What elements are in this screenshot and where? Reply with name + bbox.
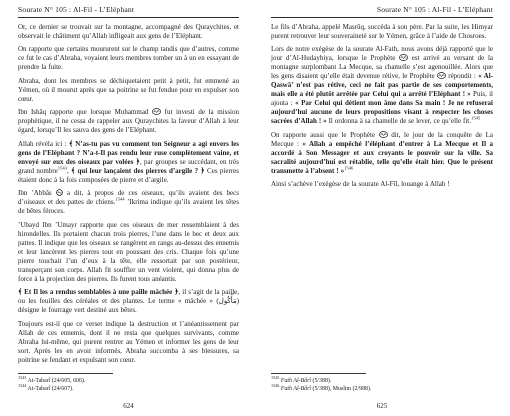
footnote: 1545 Fath Al-Bârî (5/388). [271, 377, 493, 385]
saw-honorific-icon [379, 131, 388, 139]
footnote-ref: 1545 [471, 116, 480, 121]
paragraph: Allah révéla ici : ﴾ N’as-tu pas vu comm… [18, 140, 239, 185]
saw-honorific-icon [437, 72, 446, 80]
text-run: Or, ce dernier se trouvait sur la montag… [18, 23, 239, 40]
paragraph: On rapporte aussi que le Prophète dit, l… [271, 131, 493, 176]
paragraph: Or, ce dernier se trouvait sur la montag… [18, 23, 239, 41]
paragraph: Le fils d’Abraha, appelé Masrûq, succéda… [271, 23, 493, 41]
saw-honorific-icon [152, 108, 161, 116]
paragraph: ﴾ Et Il les a rendus semblables à une pa… [18, 288, 239, 315]
running-title: Sourate N° 105 : Al-Fil - L’Eléphant [377, 5, 493, 14]
footnote-text: (5/388). [311, 378, 331, 384]
book-spread: Sourate N° 105 : Al-Fil - L’Eléphant Or,… [0, 0, 510, 416]
page-body: Le fils d’Abraha, appelé Masrûq, succéda… [271, 23, 493, 190]
paragraph: Abraha, dont les membres se déchiquetaie… [18, 77, 239, 104]
paragraph: Ainsi s’achève l’exégèse de la sourate A… [271, 180, 493, 189]
text-run: On rapporte aussi que le Prophète [271, 131, 379, 139]
footnote-text: At-Tabarî (24/605, 606). [28, 378, 86, 384]
footnote-text: Fath Al-Bârî [281, 386, 311, 392]
footnote-ref: 1543 [58, 165, 67, 170]
text-run: Toujours est-il que ce verset indique la… [18, 320, 239, 364]
footnotes: 1543 At-Tabarî (24/605, 606).1544 At-Tab… [18, 377, 239, 393]
book-page-right: Sourate N° 105 : Al-Fil - L’Eléphant Le … [271, 0, 493, 416]
text-run: répondit : [446, 72, 478, 80]
paragraph: Ibn ’Abbâs a dit, à propos de ces oiseau… [18, 189, 239, 216]
text-run: Le fils d’Abraha, appelé Masrûq, succéda… [271, 23, 493, 40]
text-run: Allah révéla ici : [18, 140, 69, 148]
page-footer: 1545 Fath Al-Bârî (5/388).1546 Fath Al-B… [271, 373, 493, 410]
footnote-separator [271, 373, 366, 374]
text-run: ﴾ qui leur lançaient des pierres d’argil… [71, 167, 205, 175]
footnote-number: 1545 [271, 375, 279, 380]
running-title: Sourate N° 105 : Al-Fil - L’Eléphant [18, 5, 134, 14]
text-run: مَأْكُول [219, 297, 237, 305]
footnote-number: 1543 [18, 375, 26, 380]
footnote-number: 1544 [18, 383, 26, 388]
page-number: 625 [271, 402, 493, 410]
ra-honorific-icon [56, 189, 63, 197]
text-run: Il ordonna à sa chamelle de se lever, ce… [327, 117, 471, 125]
paragraph: Toujours est-il que ce verset indique la… [18, 320, 239, 365]
footnote-separator [18, 373, 113, 374]
saw-honorific-icon [399, 54, 408, 62]
book-page-left: Sourate N° 105 : Al-Fil - L’Eléphant Or,… [18, 0, 239, 416]
page-footer: 1543 At-Tabarî (24/605, 606).1544 At-Tab… [18, 373, 239, 410]
footnote-text: Fath Al-Bârî [281, 378, 311, 384]
footnote-text: (5/388), Muslim (2/988). [311, 386, 371, 392]
text-run: Ibn ’Abbâs [18, 189, 56, 197]
text-run: Ibn Ishâq rapporte que lorsque Muhammad [18, 108, 152, 116]
footnote: 1546 Fath Al-Bârî (5/388), Muslim (2/988… [271, 385, 493, 393]
page-number: 624 [18, 402, 239, 410]
text-run: On rapporte que certains moururent sur l… [18, 45, 239, 71]
paragraph: ’Ubayd Ibn ’Umayr rapporte que ces oisea… [18, 221, 239, 284]
paragraph: Ibn Ishâq rapporte que lorsque Muhammad … [18, 108, 239, 135]
text-run: Ainsi s’achève l’exégèse de la sourate A… [271, 180, 450, 188]
footnote: 1543 At-Tabarî (24/605, 606). [18, 377, 239, 385]
page-header: Sourate N° 105 : Al-Fil - L’Eléphant [271, 5, 493, 18]
text-run: Abraha, dont les membres se déchiquetaie… [18, 77, 239, 103]
paragraph: On rapporte que certains moururent sur l… [18, 45, 239, 72]
text-run: « Allah a empêché l’éléphant d’entrer à … [271, 140, 493, 175]
text-run: ﴾ Et Il les a rendus semblables à une pa… [18, 288, 178, 296]
footnote-ref: 1546 [344, 165, 353, 170]
footnote-text: At-Tabarî (24/607). [28, 386, 74, 392]
footnotes: 1545 Fath Al-Bârî (5/388).1546 Fath Al-B… [271, 377, 493, 393]
footnote-number: 1546 [271, 383, 279, 388]
text-run: ’Ubayd Ibn ’Umayr rapporte que ces oisea… [18, 221, 239, 283]
footnote: 1544 At-Tabarî (24/607). [18, 385, 239, 393]
page-body: Or, ce dernier se trouvait sur la montag… [18, 23, 239, 365]
paragraph: Lors de notre exégèse de la sourate Al-F… [271, 45, 493, 126]
page-header: Sourate N° 105 : Al-Fil - L’Eléphant [18, 5, 239, 18]
